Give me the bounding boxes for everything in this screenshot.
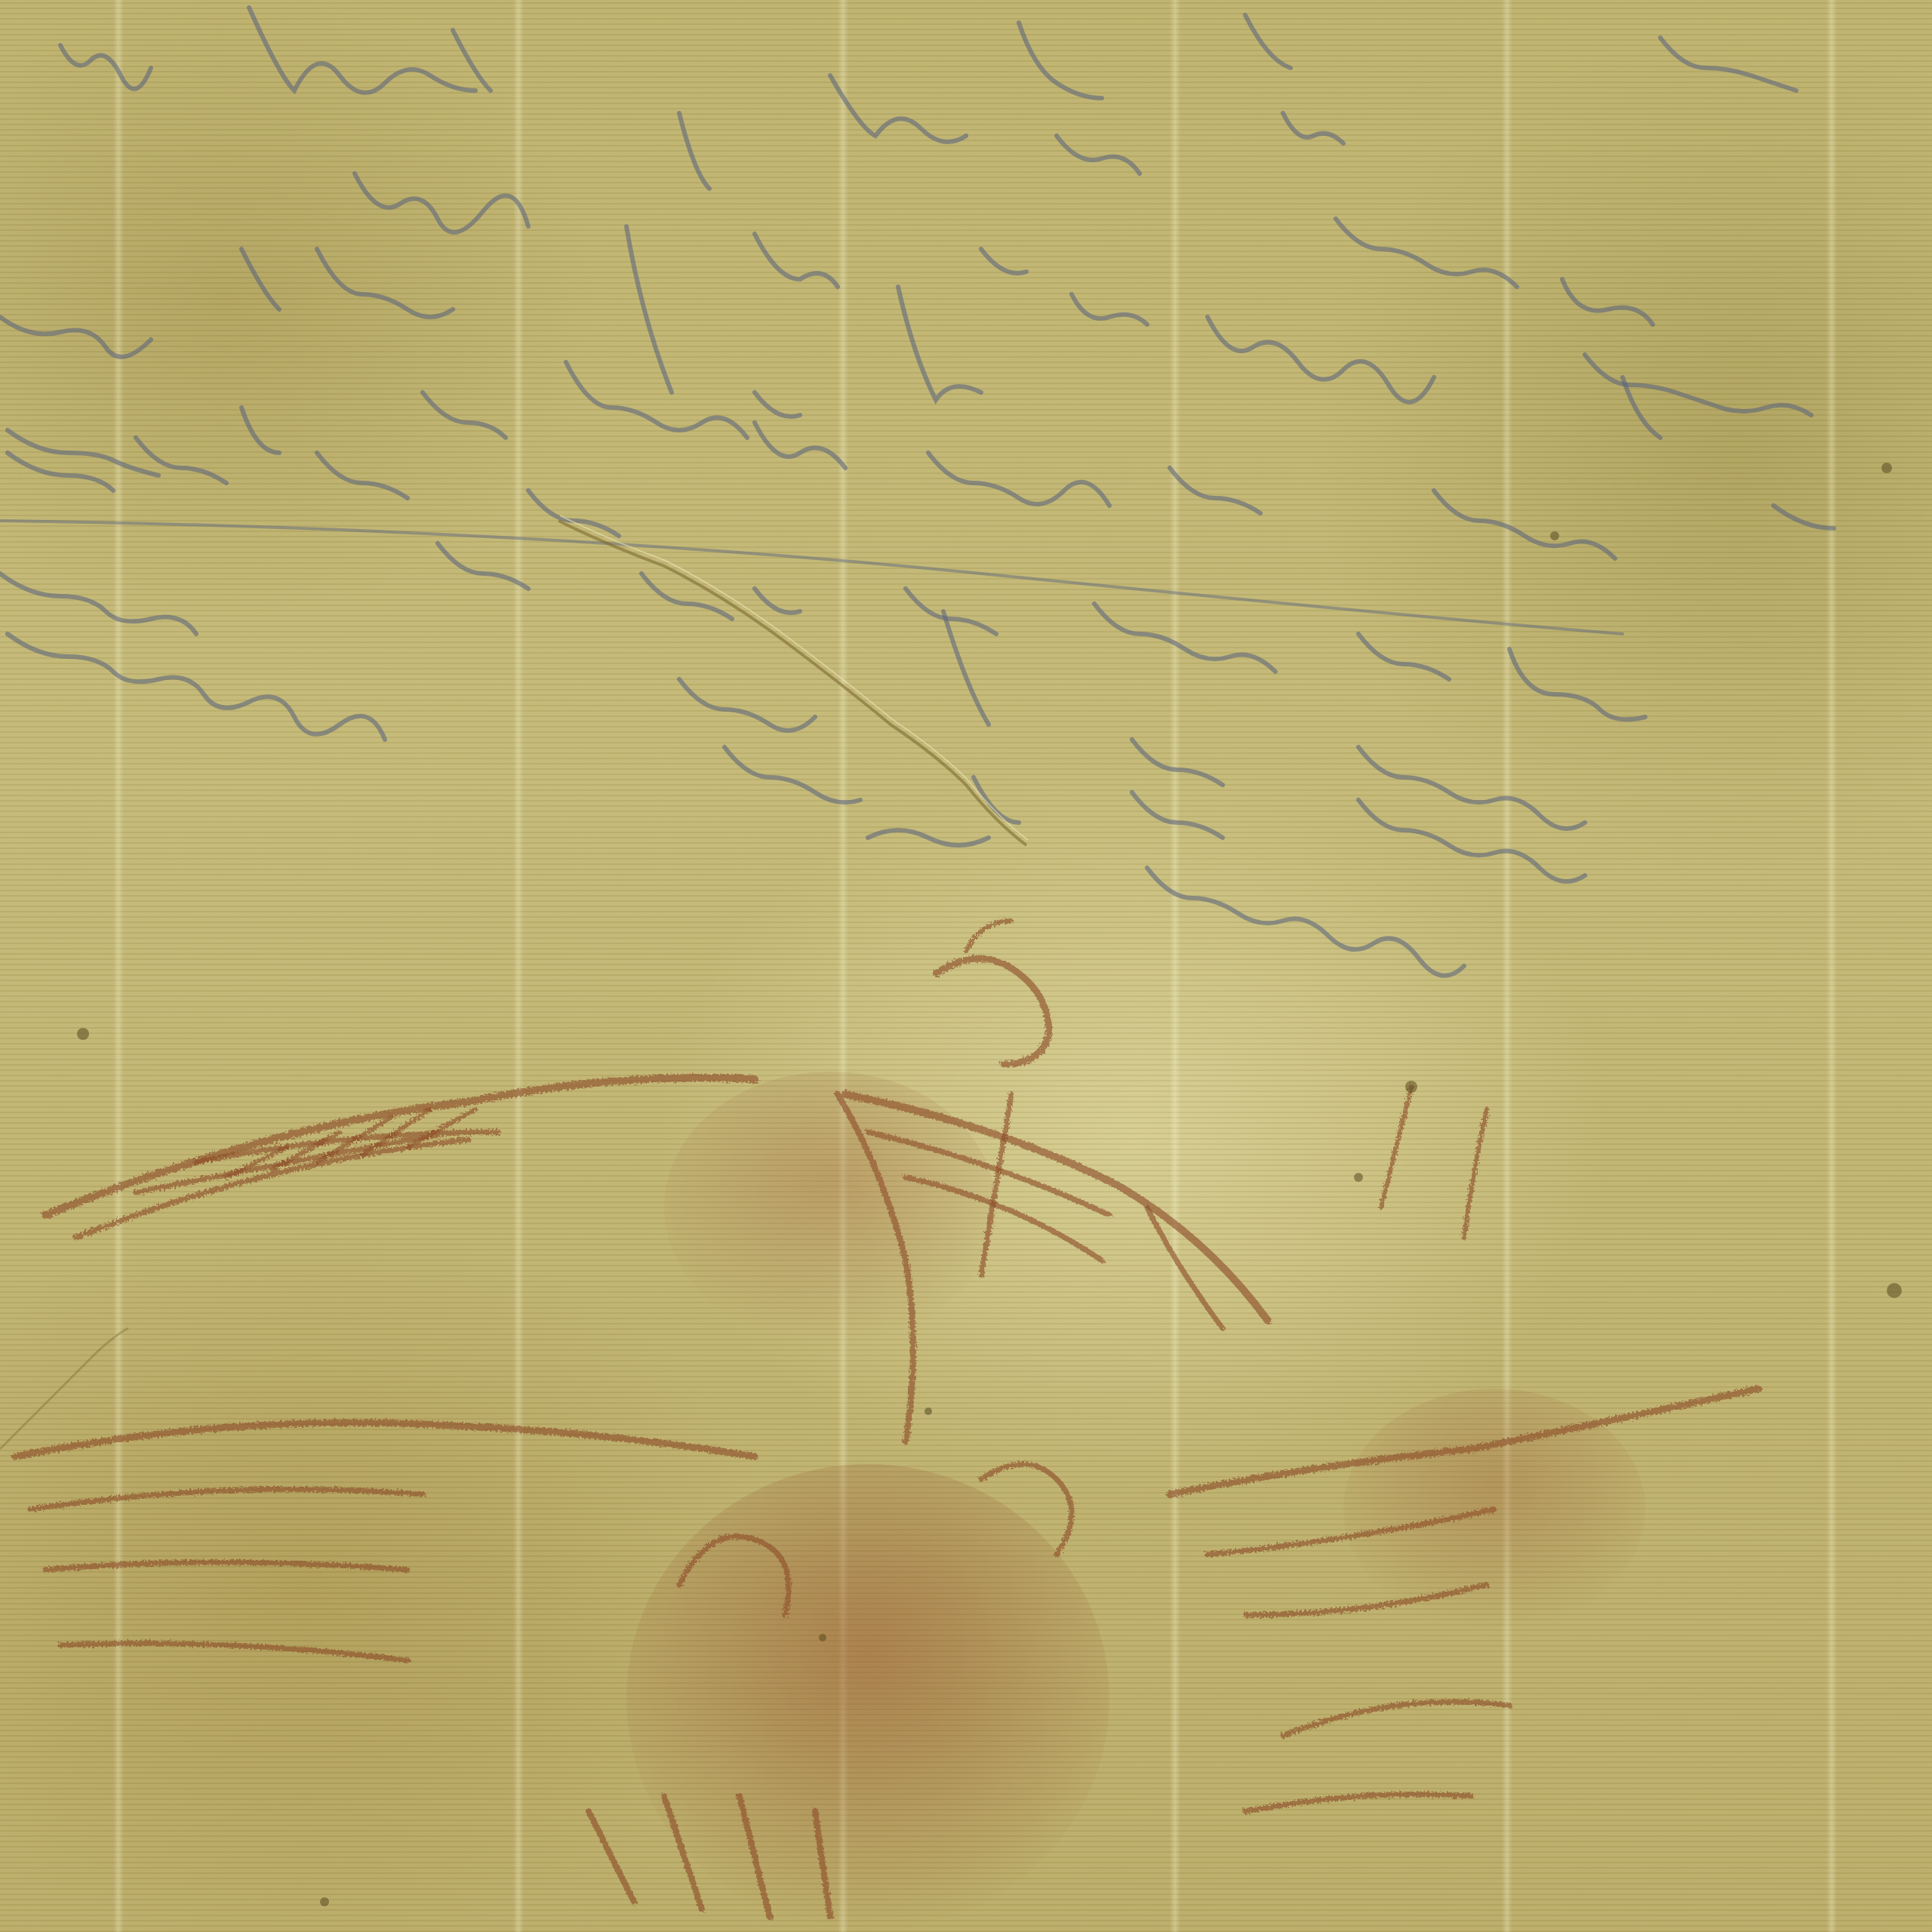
fiber-flecks	[0, 0, 1932, 1932]
paper-background	[0, 0, 1932, 1932]
